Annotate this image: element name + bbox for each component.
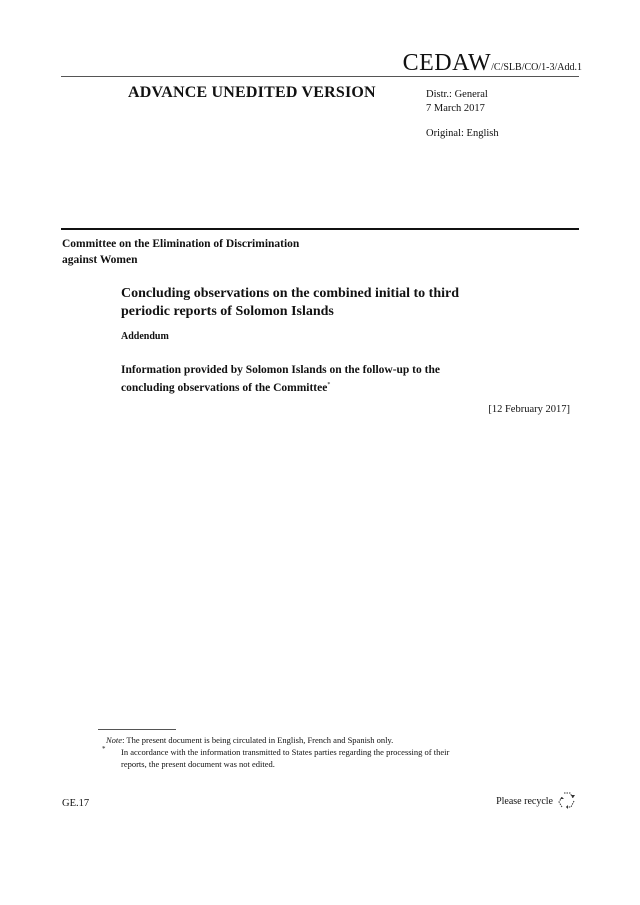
note-text: : The present document is being circulat…: [122, 735, 393, 745]
information-line-1: Information provided by Solomon Islands …: [121, 363, 501, 378]
committee-line-1: Committee on the Elimination of Discrimi…: [62, 236, 362, 252]
addendum-label: Addendum: [121, 331, 169, 342]
issue-date: 7 March 2017: [426, 102, 488, 116]
footnote-star-text: In accordance with the information trans…: [121, 746, 521, 770]
footnote-star-line-1: In accordance with the information trans…: [121, 746, 521, 758]
title-line-1: Concluding observations on the combined …: [121, 285, 501, 303]
title-line-2: periodic reports of Solomon Islands: [121, 303, 501, 321]
received-date: [12 February 2017]: [488, 404, 570, 415]
section-divider: [61, 228, 579, 230]
footnote-reference[interactable]: *: [327, 382, 330, 388]
information-line-2: concluding observations of the Committee: [121, 382, 327, 394]
distribution-label: Distr.: General: [426, 88, 488, 102]
footnote-separator: [98, 729, 176, 730]
footnote-note: Note: The present document is being circ…: [106, 734, 393, 746]
footnote-star-marker: *: [102, 745, 106, 753]
footnote-star-line-2: reports, the present document was not ed…: [121, 758, 521, 770]
document-number: GE.17: [62, 798, 89, 809]
symbol-suffix: /C/SLB/CO/1-3/Add.1: [491, 62, 582, 73]
original-language: Original: English: [426, 128, 499, 139]
document-title: Concluding observations on the combined …: [121, 285, 501, 321]
note-label: Note: [106, 735, 122, 745]
recycle-icon: [556, 790, 578, 812]
information-heading: Information provided by Solomon Islands …: [121, 363, 501, 396]
advance-unedited-banner: ADVANCE UNEDITED VERSION: [128, 84, 376, 102]
document-symbol: CEDAW/C/SLB/CO/1-3/Add.1: [403, 50, 582, 77]
header-rule: [61, 76, 579, 77]
distribution-block: Distr.: General 7 March 2017: [426, 88, 488, 116]
committee-line-2: against Women: [62, 252, 362, 268]
symbol-main: CEDAW: [403, 50, 492, 76]
recycle-notice: Please recycle: [496, 790, 578, 812]
recycle-label: Please recycle: [496, 796, 553, 807]
committee-name: Committee on the Elimination of Discrimi…: [62, 236, 362, 268]
